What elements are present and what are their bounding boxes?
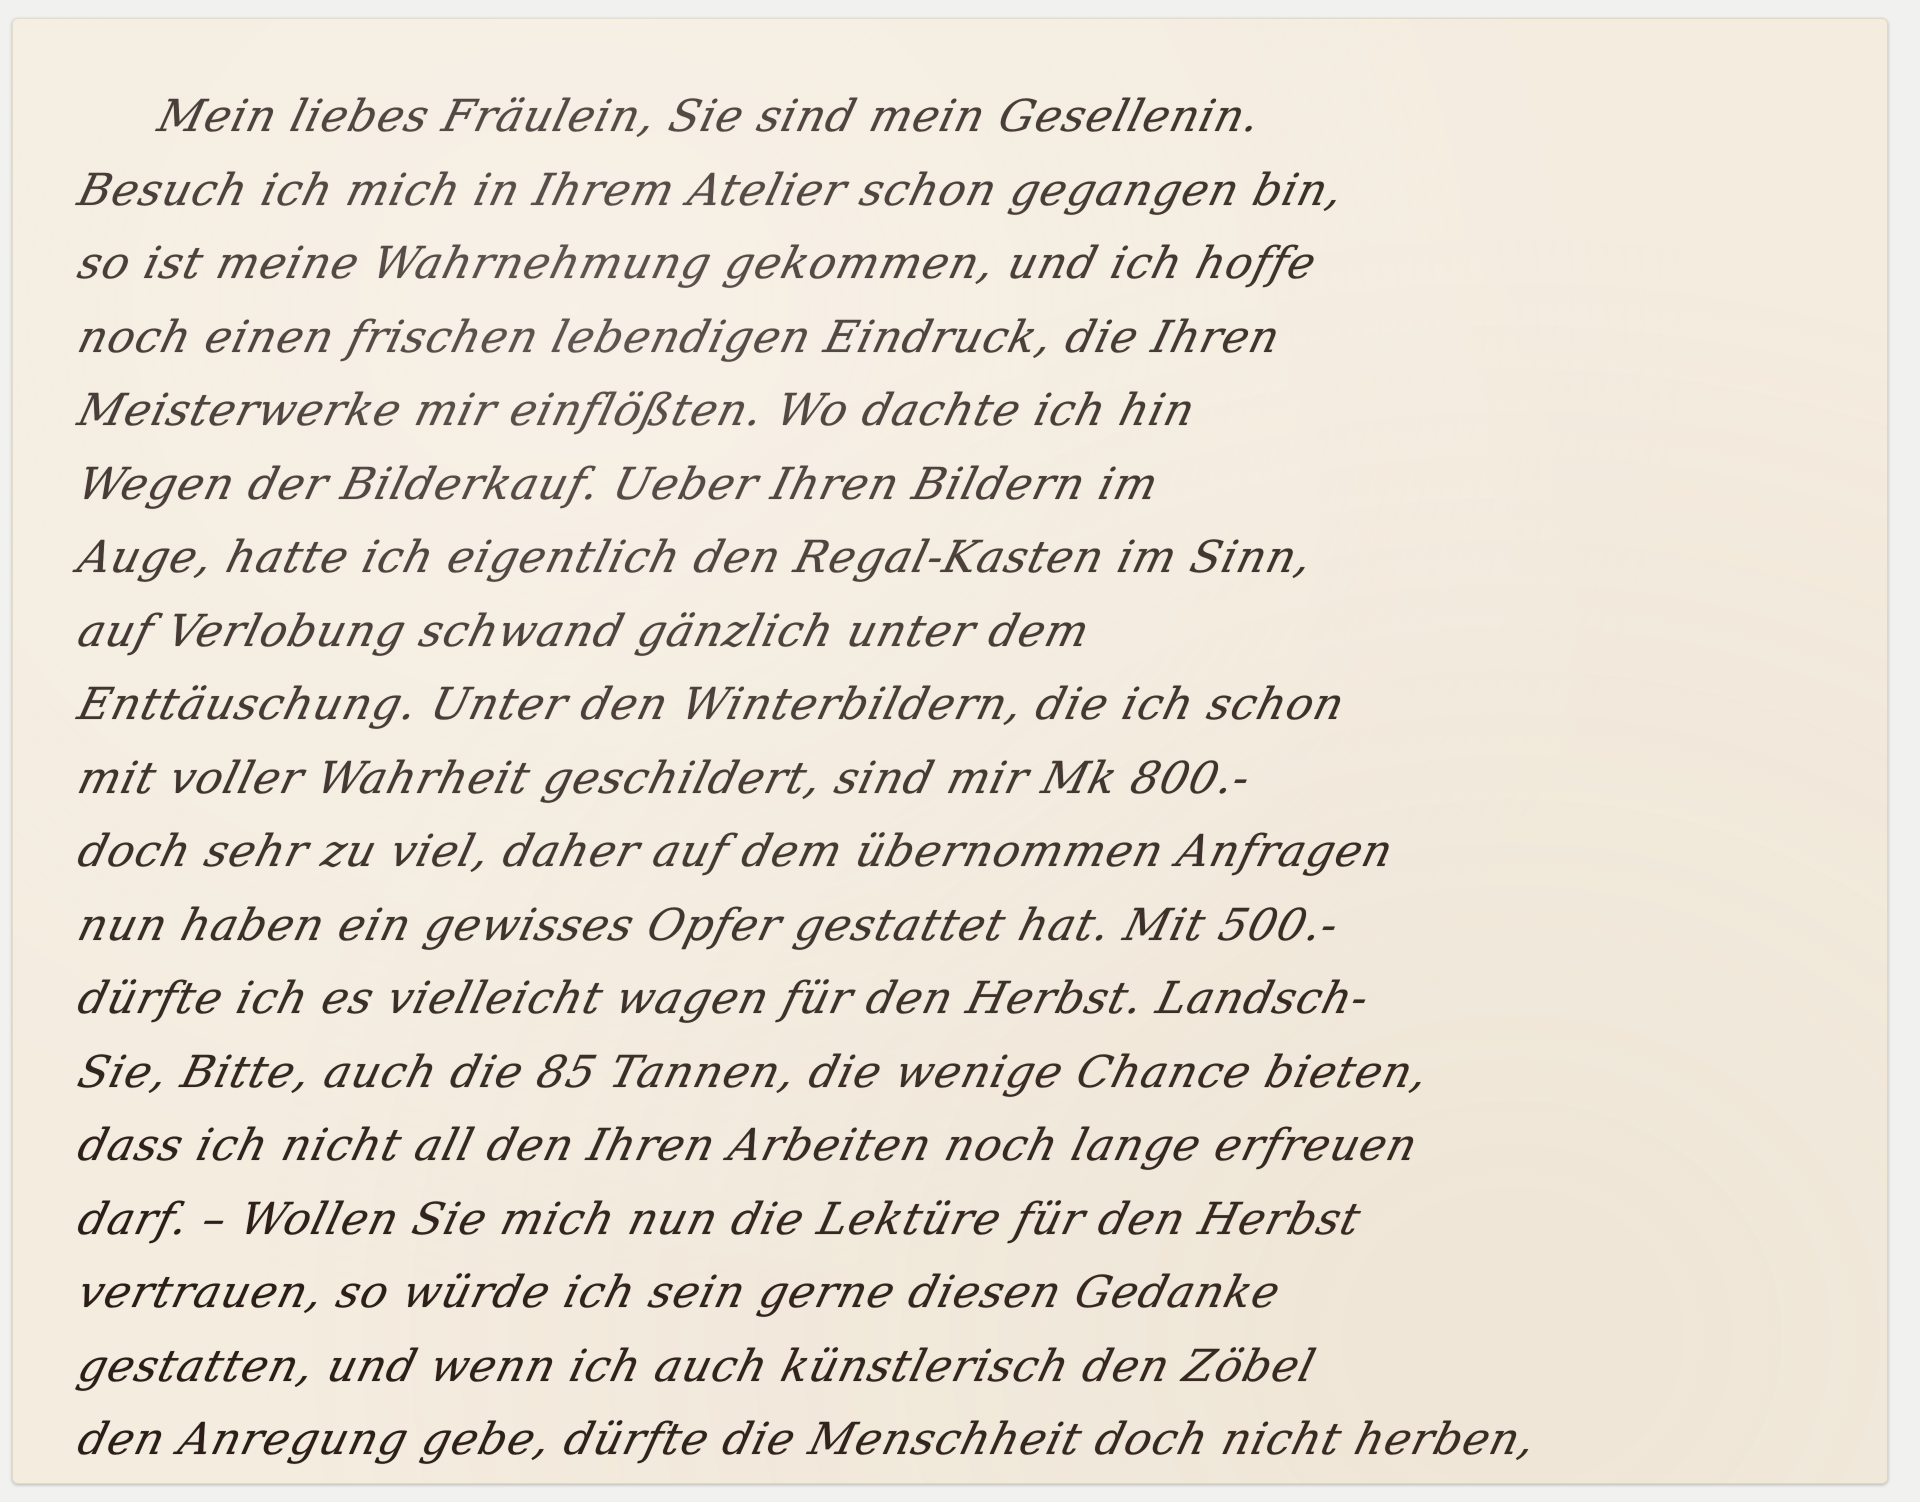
letter-line: Enttäuschung. Unter den Winterbildern, d… [70, 668, 1888, 742]
letter-line-salutation: Mein liebes Fräulein, Sie sind mein Gese… [70, 80, 1888, 154]
letter-line: doch sehr zu viel, daher auf dem übernom… [70, 815, 1888, 889]
letter-line: den Anregung gebe, dürfte die Menschheit… [70, 1403, 1888, 1477]
letter-body: Mein liebes Fräulein, Sie sind mein Gese… [70, 80, 1870, 1477]
letter-line: dürfte ich es vielleicht wagen für den H… [70, 962, 1888, 1036]
letter-line: Meisterwerke mir einflößten. Wo dachte i… [70, 374, 1888, 448]
letter-card: Mein liebes Fräulein, Sie sind mein Gese… [12, 18, 1888, 1484]
letter-line: Besuch ich mich in Ihrem Atelier schon g… [70, 154, 1888, 228]
letter-line: dass ich nicht all den Ihren Arbeiten no… [70, 1109, 1888, 1183]
letter-line: gestatten, und wenn ich auch künstlerisc… [70, 1330, 1888, 1404]
letter-line: noch einen frischen lebendigen Eindruck,… [70, 301, 1888, 375]
letter-line: nun haben ein gewisses Opfer gestattet h… [70, 889, 1888, 963]
letter-line: Auge, hatte ich eigentlich den Regal-Kas… [70, 521, 1888, 595]
letter-line: darf. – Wollen Sie mich nun die Lektüre … [70, 1183, 1888, 1257]
letter-line: auf Verlobung schwand gänzlich unter dem [70, 595, 1888, 669]
letter-line: mit voller Wahrheit geschildert, sind mi… [70, 742, 1888, 816]
letter-line: vertrauen, so würde ich sein gerne diese… [70, 1256, 1888, 1330]
letter-line: so ist meine Wahrnehmung gekommen, und i… [70, 227, 1888, 301]
letter-line: Sie, Bitte, auch die 85 Tannen, die weni… [70, 1036, 1888, 1110]
letter-line: Wegen der Bilderkauf. Ueber Ihren Bilder… [70, 448, 1888, 522]
